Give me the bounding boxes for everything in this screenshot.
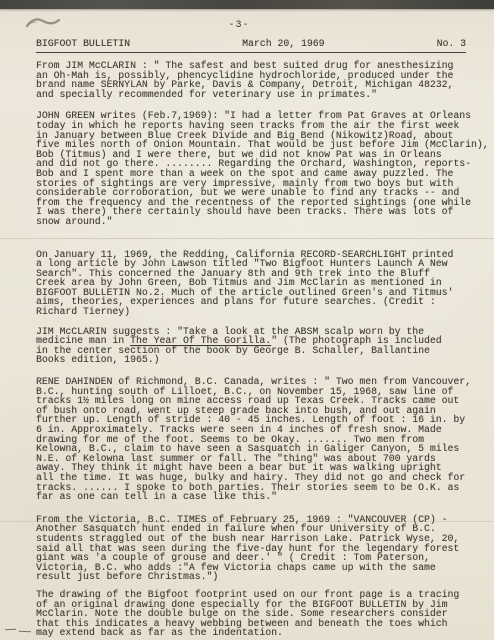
scan-fold-line <box>0 521 494 522</box>
issue-date: March 20, 1969 <box>242 38 324 49</box>
scan-fold-line <box>0 238 494 239</box>
paragraph-mcclarin-suggestion: JIM McCLARIN suggests : "Take a look at … <box>36 327 494 365</box>
document-body: From JIM McCLARIN : " The safest and bes… <box>36 61 494 638</box>
paragraph-footprint-drawing: The drawing of the Bigfoot footprint use… <box>36 590 494 638</box>
paragraph-mcclarin-drug: From JIM McCLARIN : " The safest and bes… <box>36 61 494 99</box>
scanner-edge-band <box>0 0 494 9</box>
paragraph-john-green-letter: JOHN GREEN writes (Feb.7,1969): "I had a… <box>36 111 494 226</box>
paragraph-dahinden-report: RENE DAHINDEN of Richmond, B.C. Canada, … <box>36 377 494 502</box>
pencil-dash-mark <box>5 629 16 631</box>
issue-number: No. 3 <box>437 38 466 49</box>
masthead: BIGFOOT BULLETIN March 20, 1969 No. 3 <box>36 38 466 53</box>
page-number: -3- <box>0 20 494 31</box>
pencil-dash-mark <box>19 631 31 632</box>
scanned-document-page: -3- BIGFOOT BULLETIN March 20, 1969 No. … <box>0 0 494 640</box>
paragraph-victoria-times: From the Victoria, B.C. TIMES of Februar… <box>36 515 494 582</box>
paragraph-record-searchlight: On January 11, 1969, the Redding, Califo… <box>36 250 494 317</box>
bulletin-title: BIGFOOT BULLETIN <box>36 38 130 49</box>
